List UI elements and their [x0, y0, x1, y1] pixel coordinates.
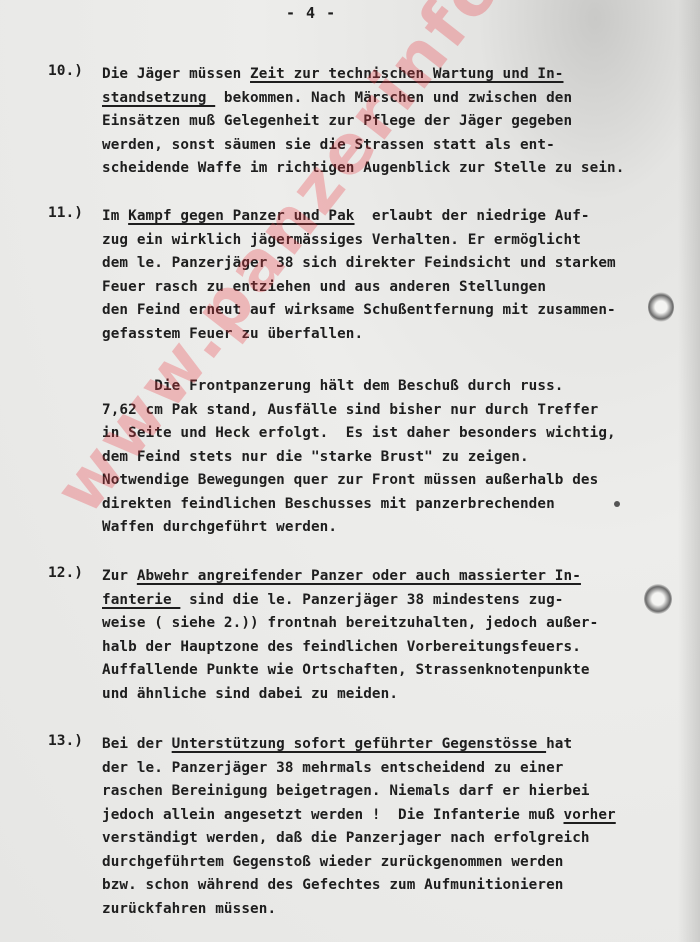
text-line: Auffallende Punkte wie Ortschaften, Stra…: [102, 659, 598, 683]
section-text: Zur Abwehr angreifender Panzer oder auch…: [102, 565, 598, 706]
section-text: Bei der Unterstützung sofort geführter G…: [102, 733, 616, 921]
text-segment: zurückfahren müssen.: [102, 901, 276, 917]
punch-hole-mark: [648, 292, 674, 322]
text-segment: Die Frontpanzerung hält dem Beschuß durc…: [102, 378, 564, 394]
underlined-text: Zeit zur technischen Wartung und In-: [250, 66, 563, 82]
text-segment: erlaubt der niedrige Auf-: [355, 208, 590, 224]
text-segment: jedoch allein angesetzt werden ! Die Inf…: [102, 807, 564, 823]
text-segment: direkten feindlichen Beschusses mit panz…: [102, 496, 555, 512]
underlined-text: vorher: [564, 807, 616, 823]
page-number: - 4 -: [286, 4, 336, 22]
text-line: Feuer rasch zu entziehen und aus anderen…: [102, 276, 616, 300]
text-line: jedoch allein angesetzt werden ! Die Inf…: [102, 804, 616, 828]
text-line: direkten feindlichen Beschusses mit panz…: [102, 493, 616, 517]
text-line: werden, sonst säumen sie die Strassen st…: [102, 134, 624, 158]
text-segment: verständigt werden, daß die Panzerjager …: [102, 830, 590, 846]
document-page: - 4 - 10.) Die Jäger müssen Zeit zur tec…: [0, 0, 700, 942]
text-segment: gefasstem Feuer zu überfallen.: [102, 326, 363, 342]
text-segment: Waffen durchgeführt werden.: [102, 519, 337, 535]
text-line: raschen Bereinigung beigetragen. Niemals…: [102, 780, 616, 804]
text-line: den Feind erneut auf wirksame Schußentfe…: [102, 299, 616, 323]
text-line: und ähnliche sind dabei zu meiden.: [102, 683, 598, 707]
underlined-text: Unterstützung sofort geführter Gegenstös…: [172, 736, 546, 752]
text-segment: halb der Hauptzone des feindlichen Vorbe…: [102, 639, 581, 655]
page-edge-shadow: [678, 0, 700, 942]
text-line: gefasstem Feuer zu überfallen.: [102, 323, 616, 347]
text-segment: durchgeführtem Gegenstoß wieder zurückge…: [102, 854, 564, 870]
text-line: Die Frontpanzerung hält dem Beschuß durc…: [102, 375, 616, 399]
text-segment: Bei der: [102, 736, 172, 752]
text-segment: Einsätzen muß Gelegenheit zur Pflege der…: [102, 113, 572, 129]
text-segment: scheidende Waffe im richtigen Augenblick…: [102, 160, 624, 176]
punch-hole-mark: [644, 584, 672, 614]
section-text: Die Frontpanzerung hält dem Beschuß durc…: [102, 375, 616, 540]
text-line: zug ein wirklich jägermässiges Verhalten…: [102, 229, 616, 253]
text-line: Die Jäger müssen Zeit zur technischen Wa…: [102, 63, 624, 87]
section-text: Im Kampf gegen Panzer und Pak erlaubt de…: [102, 205, 616, 346]
text-line: in Seite und Heck erfolgt. Es ist daher …: [102, 422, 616, 446]
text-line: fanterie sind die le. Panzerjäger 38 min…: [102, 589, 598, 613]
text-segment: zug ein wirklich jägermässiges Verhalten…: [102, 232, 581, 248]
text-segment: bekommen. Nach Märschen und zwischen den: [215, 90, 572, 106]
text-line: zurückfahren müssen.: [102, 898, 616, 922]
text-segment: Zur: [102, 568, 137, 584]
section-text: Die Jäger müssen Zeit zur technischen Wa…: [102, 63, 624, 181]
text-line: der le. Panzerjäger 38 mehrmals entschei…: [102, 757, 616, 781]
underlined-text: Kampf gegen Panzer und Pak: [128, 208, 354, 224]
text-line: 7,62 cm Pak stand, Ausfälle sind bisher …: [102, 399, 616, 423]
text-segment: Feuer rasch zu entziehen und aus anderen…: [102, 279, 546, 295]
text-segment: und ähnliche sind dabei zu meiden.: [102, 686, 398, 702]
text-segment: bzw. schon während des Gefechtes zum Auf…: [102, 877, 564, 893]
text-segment: den Feind erneut auf wirksame Schußentfe…: [102, 302, 616, 318]
text-segment: Im: [102, 208, 128, 224]
text-line: Im Kampf gegen Panzer und Pak erlaubt de…: [102, 205, 616, 229]
text-segment: hat: [546, 736, 572, 752]
text-line: weise ( siehe 2.)) frontnah bereitzuhalt…: [102, 612, 598, 636]
text-line: Einsätzen muß Gelegenheit zur Pflege der…: [102, 110, 624, 134]
text-line: Notwendige Bewegungen quer zur Front müs…: [102, 469, 616, 493]
text-segment: dem le. Panzerjäger 38 sich direkter Fei…: [102, 255, 616, 271]
text-segment: dem Feind stets nur die "starke Brust" z…: [102, 449, 529, 465]
text-segment: sind die le. Panzerjäger 38 mindestens z…: [180, 592, 563, 608]
text-line: scheidende Waffe im richtigen Augenblick…: [102, 157, 624, 181]
text-segment: in Seite und Heck erfolgt. Es ist daher …: [102, 425, 616, 441]
text-segment: 7,62 cm Pak stand, Ausfälle sind bisher …: [102, 402, 598, 418]
text-line: halb der Hauptzone des feindlichen Vorbe…: [102, 636, 598, 660]
text-line: dem le. Panzerjäger 38 sich direkter Fei…: [102, 252, 616, 276]
text-line: bzw. schon während des Gefechtes zum Auf…: [102, 874, 616, 898]
text-segment: Die Jäger müssen: [102, 66, 250, 82]
text-line: Zur Abwehr angreifender Panzer oder auch…: [102, 565, 598, 589]
section-number: 12.): [48, 565, 83, 581]
text-segment: weise ( siehe 2.)) frontnah bereitzuhalt…: [102, 615, 598, 631]
text-line: Bei der Unterstützung sofort geführter G…: [102, 733, 616, 757]
underlined-text: standsetzung: [102, 90, 215, 106]
ink-spot: [614, 501, 620, 507]
text-line: standsetzung bekommen. Nach Märschen und…: [102, 87, 624, 111]
text-line: verständigt werden, daß die Panzerjager …: [102, 827, 616, 851]
section-number: 11.): [48, 205, 83, 221]
underlined-text: fanterie: [102, 592, 180, 608]
text-segment: Auffallende Punkte wie Ortschaften, Stra…: [102, 662, 590, 678]
text-line: durchgeführtem Gegenstoß wieder zurückge…: [102, 851, 616, 875]
text-line: dem Feind stets nur die "starke Brust" z…: [102, 446, 616, 470]
text-segment: der le. Panzerjäger 38 mehrmals entschei…: [102, 760, 564, 776]
section-number: 13.): [48, 733, 83, 749]
text-segment: raschen Bereinigung beigetragen. Niemals…: [102, 783, 590, 799]
text-segment: Notwendige Bewegungen quer zur Front müs…: [102, 472, 598, 488]
text-segment: werden, sonst säumen sie die Strassen st…: [102, 137, 555, 153]
section-number: 10.): [48, 63, 83, 79]
underlined-text: Abwehr angreifender Panzer oder auch mas…: [137, 568, 581, 584]
text-line: Waffen durchgeführt werden.: [102, 516, 616, 540]
